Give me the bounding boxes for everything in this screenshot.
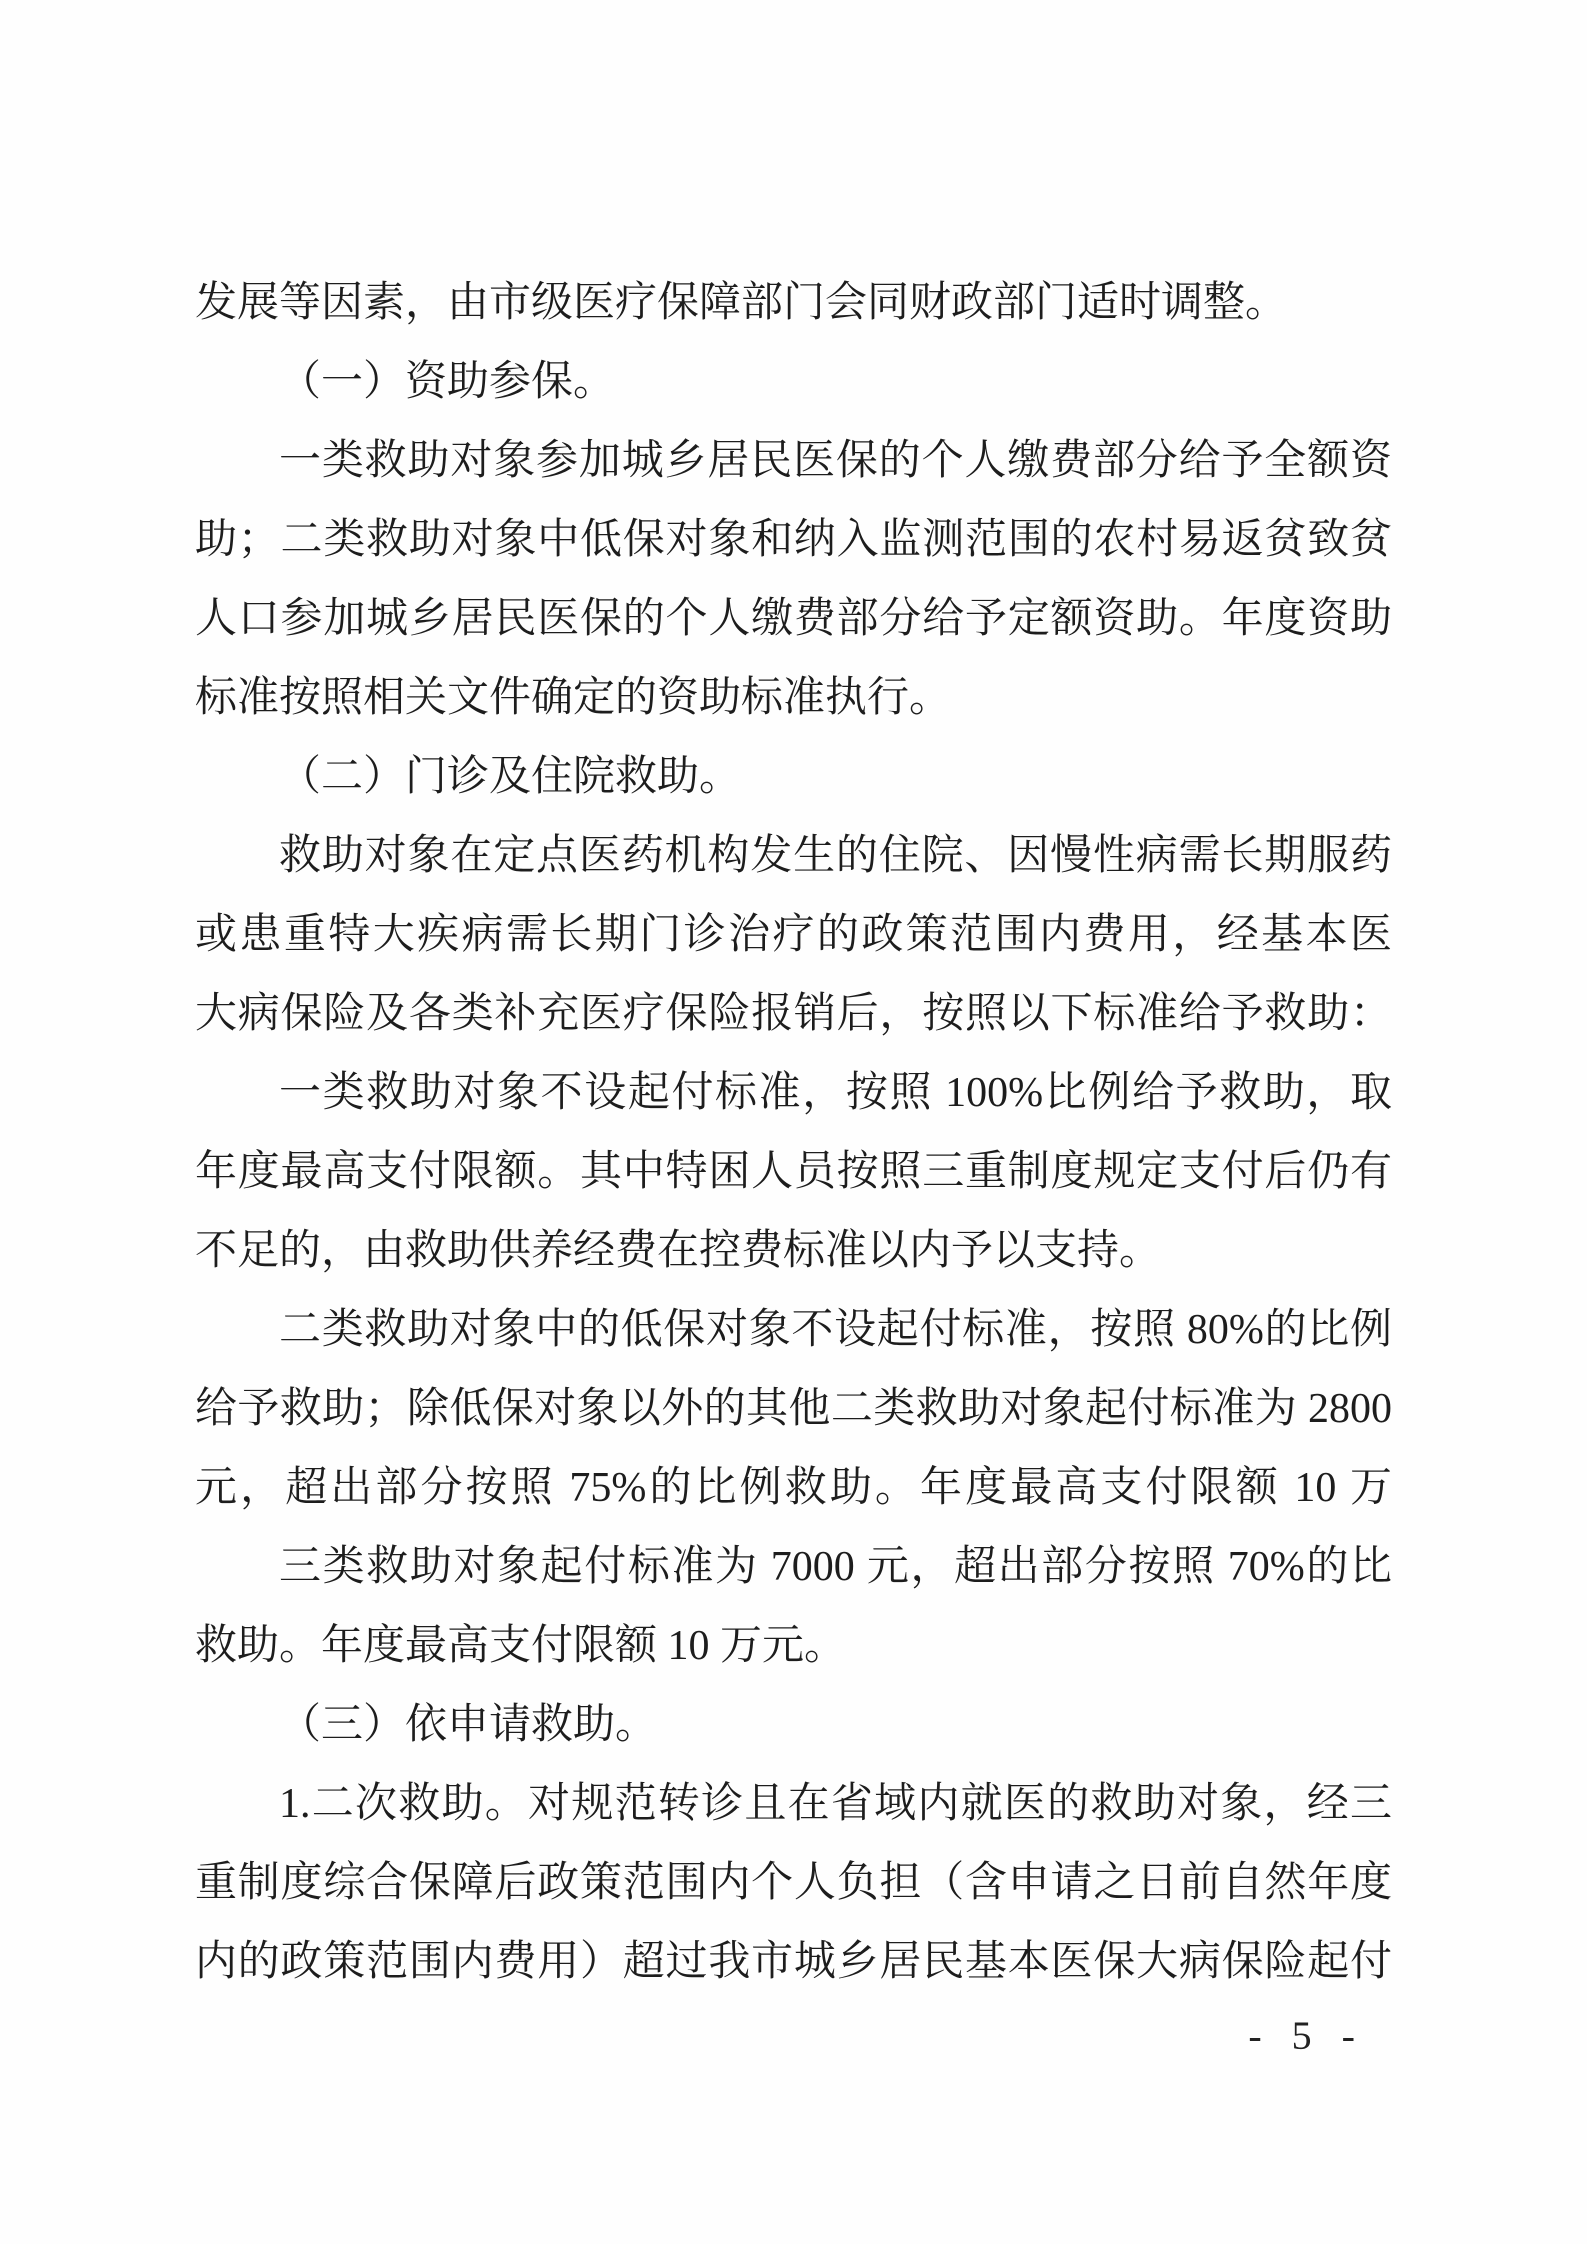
page-number: - 5 -	[1150, 2008, 1365, 2064]
text-line: 给予救助；除低保对象以外的其他二类救助对象起付标准为 2800	[195, 1370, 1392, 1449]
text-line-section-heading: （一）资助参保。	[195, 343, 1392, 422]
text-line: 元，超出部分按照 75%的比例救助。年度最高支付限额 10 万元。	[195, 1449, 1392, 1528]
text-line: 一类救助对象参加城乡居民医保的个人缴费部分给予全额资	[195, 422, 1392, 501]
text-line: 年度最高支付限额。其中特困人员按照三重制度规定支付后仍有	[195, 1133, 1392, 1212]
text-line: 重制度综合保障后政策范围内个人负担（含申请之日前自然年度	[195, 1844, 1392, 1923]
text-line: 发展等因素，由市级医疗保障部门会同财政部门适时调整。	[195, 264, 1392, 343]
document-page: 发展等因素，由市级医疗保障部门会同财政部门适时调整。 （一）资助参保。 一类救助…	[0, 0, 1587, 2244]
text-line: 内的政策范围内费用）超过我市城乡居民基本医保大病保险起付	[195, 1923, 1392, 2002]
text-line: 三类救助对象起付标准为 7000 元，超出部分按照 70%的比例	[195, 1528, 1392, 1607]
text-line: 不足的，由救助供养经费在控费标准以内予以支持。	[195, 1212, 1392, 1291]
text-line: 1.二次救助。对规范转诊且在省域内就医的救助对象，经三	[195, 1765, 1392, 1844]
text-line: 二类救助对象中的低保对象不设起付标准，按照 80%的比例	[195, 1291, 1392, 1370]
text-line-section-heading: （三）依申请救助。	[195, 1686, 1392, 1765]
text-line: 人口参加城乡居民医保的个人缴费部分给予定额资助。年度资助	[195, 580, 1392, 659]
text-line: 助；二类救助对象中低保对象和纳入监测范围的农村易返贫致贫	[195, 501, 1392, 580]
text-line: 大病保险及各类补充医疗保险报销后，按照以下标准给予救助：	[195, 975, 1392, 1054]
text-line: 救助。年度最高支付限额 10 万元。	[195, 1607, 1392, 1686]
text-line: 标准按照相关文件确定的资助标准执行。	[195, 659, 1392, 738]
text-line-section-heading: （二）门诊及住院救助。	[195, 738, 1392, 817]
text-line: 一类救助对象不设起付标准，按照 100%比例给予救助，取消	[195, 1054, 1392, 1133]
text-line: 救助对象在定点医药机构发生的住院、因慢性病需长期服药	[195, 817, 1392, 896]
body-text: 发展等因素，由市级医疗保障部门会同财政部门适时调整。 （一）资助参保。 一类救助…	[195, 264, 1392, 2002]
text-line: 或患重特大疾病需长期门诊治疗的政策范围内费用，经基本医保、	[195, 896, 1392, 975]
